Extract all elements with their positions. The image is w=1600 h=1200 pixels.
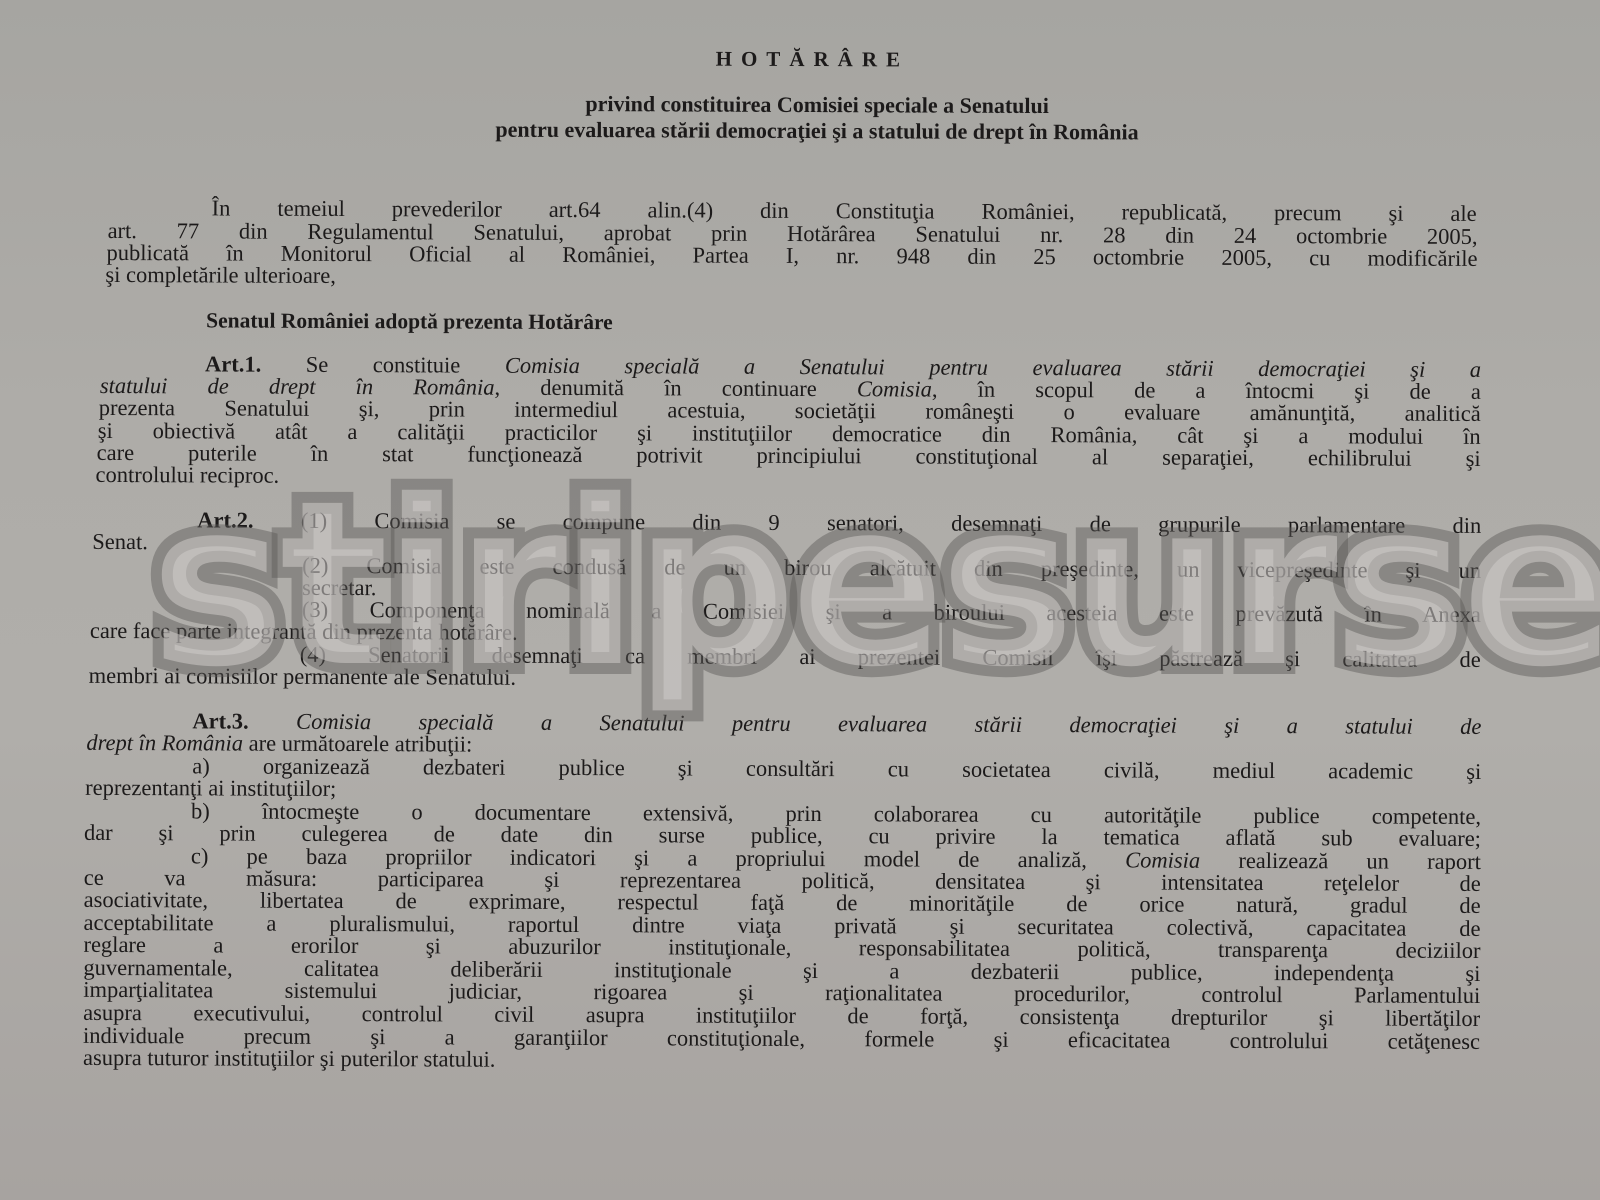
preamble-line: şi completările ulterioare, bbox=[105, 264, 1477, 292]
adoption-statement: Senatul României adoptă prezenta Hotărâr… bbox=[206, 310, 906, 335]
article-line: membri ai comisiilor permanente ale Sena… bbox=[89, 665, 889, 691]
article-line: controlului reciproc. bbox=[95, 464, 1480, 493]
document-title: HOTĂRÂRE bbox=[2, 44, 1600, 76]
article-line: Senat. bbox=[92, 531, 392, 555]
article-label: Art.2. bbox=[197, 507, 253, 532]
article-line: asupra tuturor instituţiilor şi puterilo… bbox=[83, 1047, 1083, 1074]
document-subtitle-line-2: pentru evaluarea stării democraţiei şi a… bbox=[2, 115, 1600, 148]
document-page: HOTĂRÂRE privind constituirea Comisiei s… bbox=[0, 0, 1600, 1200]
